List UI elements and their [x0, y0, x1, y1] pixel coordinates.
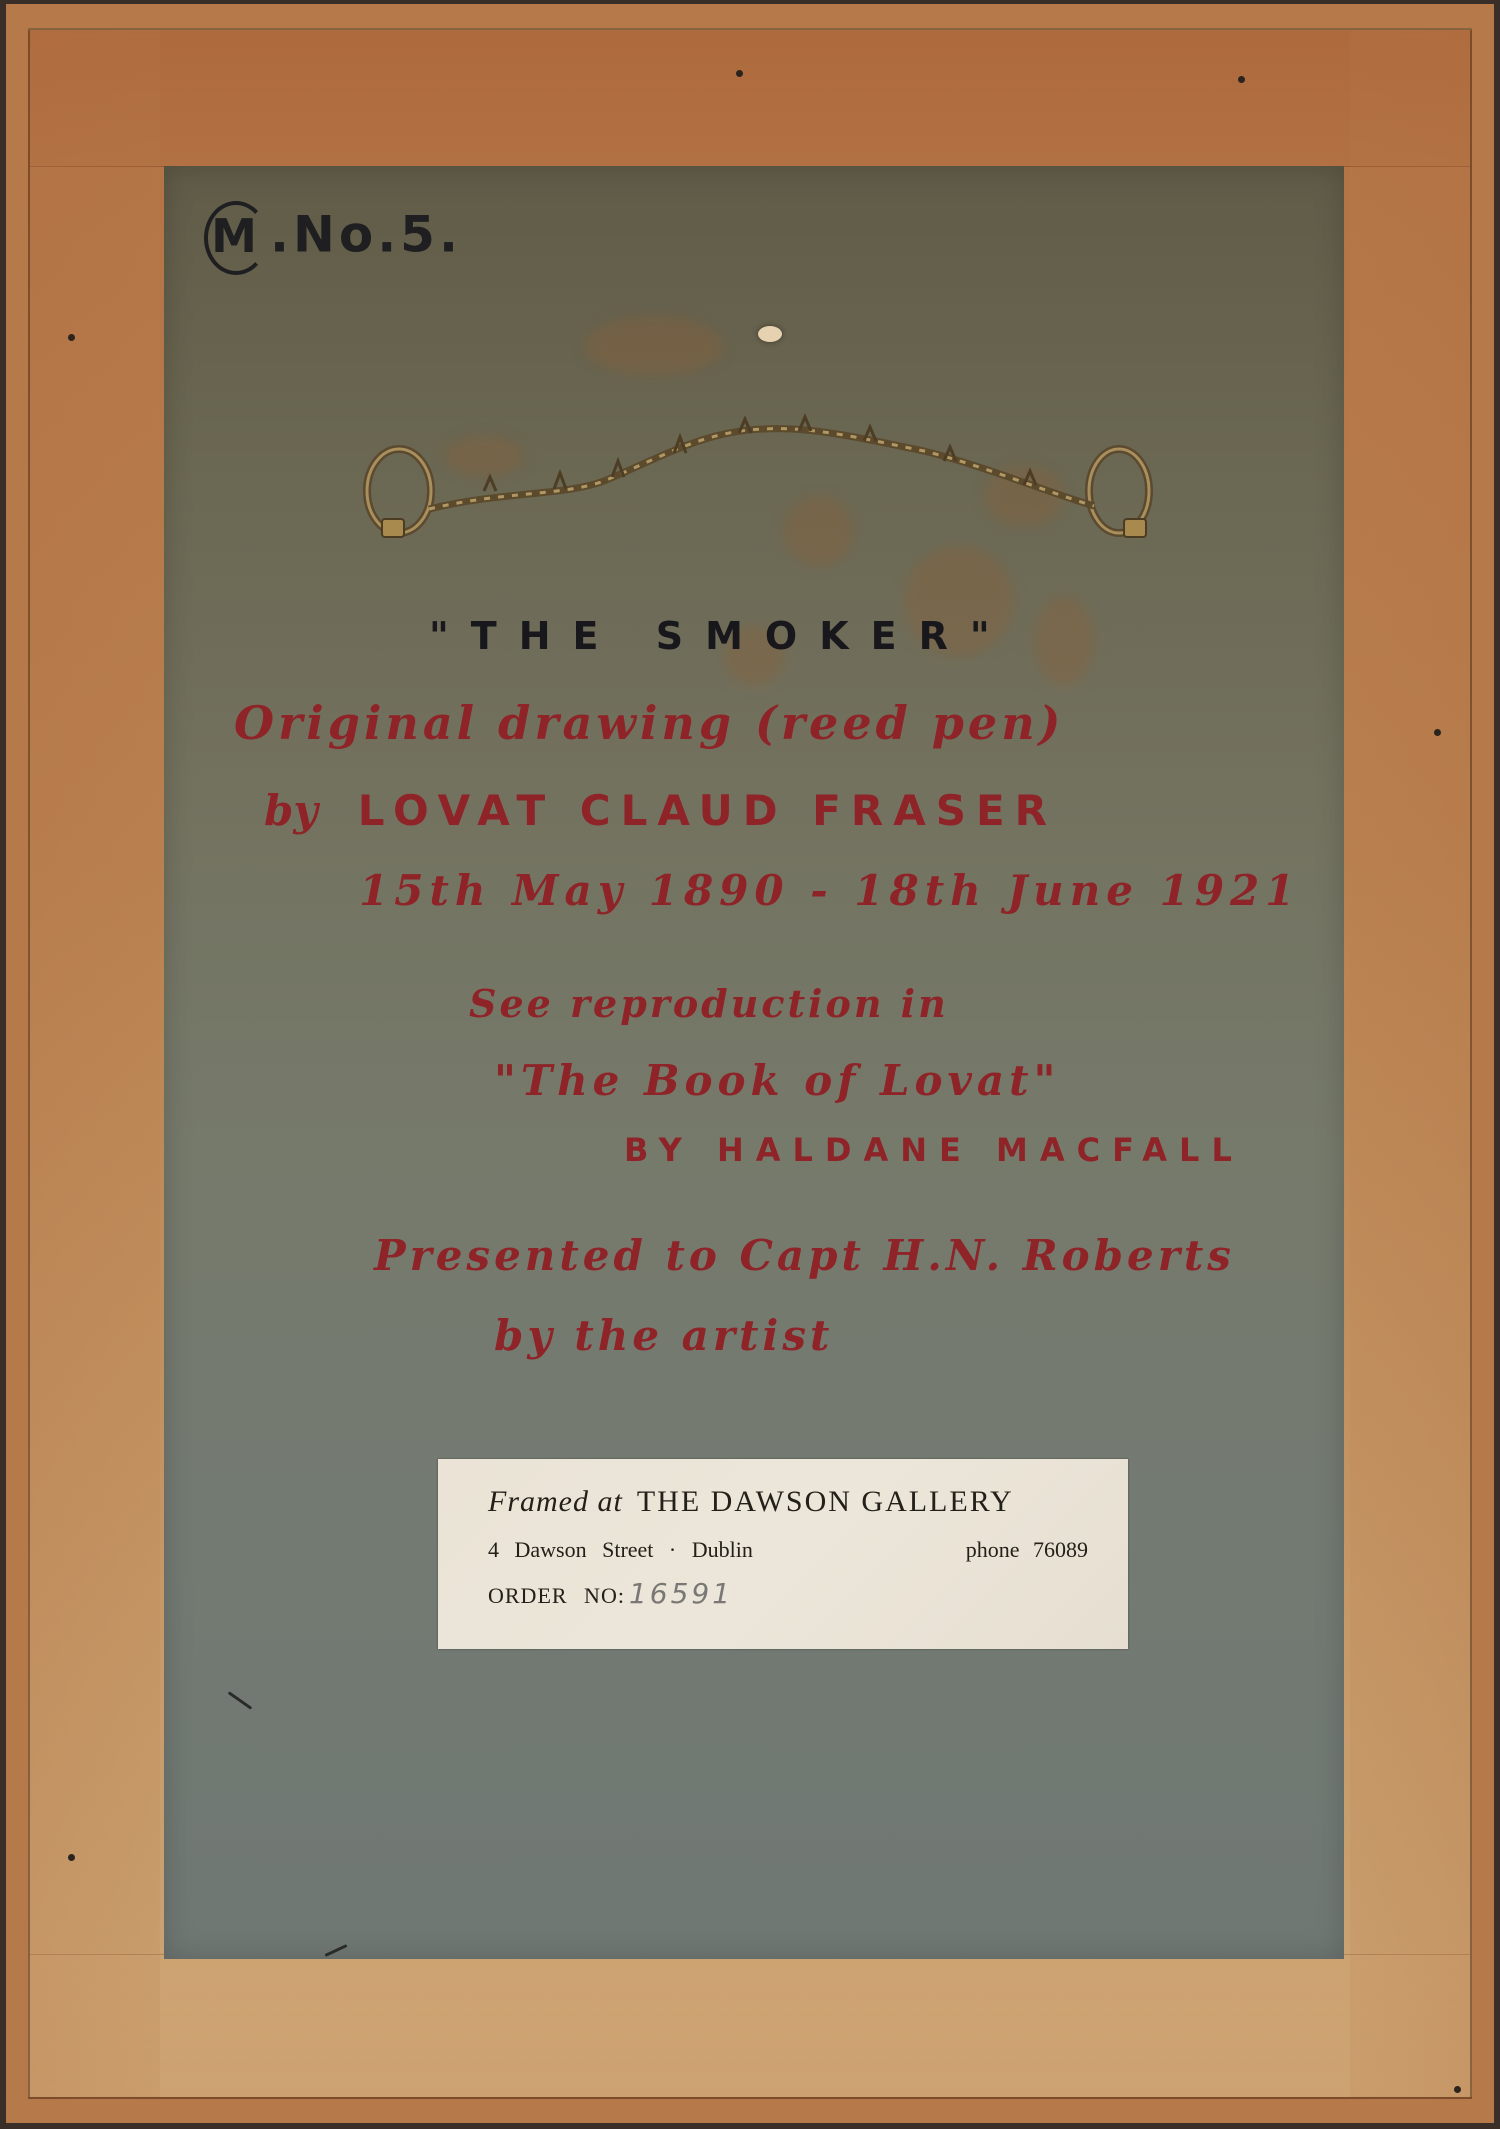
inscription-line-medium: Original drawing (reed pen)	[234, 696, 1064, 750]
inscription-line-artist: byLOVAT CLAUD FRASER	[264, 786, 1057, 835]
inscription-line-presented: Presented to Capt H.N. Roberts	[374, 1231, 1235, 1280]
inscription-by: by	[264, 786, 318, 835]
inscription-line-book-title: "The Book of Lovat"	[494, 1056, 1060, 1105]
catalog-number-text: .No.5.	[270, 206, 462, 264]
gallery-address: 4 Dawson Street · Dublin	[488, 1537, 753, 1562]
framer-label-contact: 4 Dawson Street · Dublin phone 76089	[488, 1537, 1088, 1563]
picture-frame-back: M.No.5. "THE SMOKER" Original drawing (r…	[0, 0, 1500, 2129]
inscription-line-book-author: BY HALDANE MACFALL	[624, 1131, 1244, 1169]
framer-label: Framed atTHE DAWSON GALLERY 4 Dawson Str…	[438, 1459, 1128, 1649]
grey-backing-board: M.No.5. "THE SMOKER" Original drawing (r…	[164, 166, 1344, 1959]
frame-nail-icon	[736, 70, 743, 77]
circled-letter: M	[204, 201, 268, 275]
framed-at-text: Framed at	[488, 1485, 623, 1518]
backing-tape-bottom	[30, 1954, 1470, 2097]
catalog-number: M.No.5.	[204, 201, 462, 275]
framer-label-order: ORDER NO:16591	[488, 1577, 733, 1610]
artist-name: LOVAT CLAUD FRASER	[358, 786, 1057, 835]
board-scratch	[228, 1691, 253, 1710]
frame-nail-icon	[68, 1854, 75, 1861]
frame-nail-icon	[1238, 76, 1245, 83]
backing-tape-right	[1350, 30, 1470, 2097]
order-number-value: 16591	[629, 1577, 733, 1610]
gallery-phone: phone 76089	[966, 1537, 1088, 1563]
backing-tape-left	[30, 30, 160, 2097]
foxing-stain	[584, 316, 724, 376]
punched-hole	[758, 326, 782, 342]
inscription-line-by-artist: by the artist	[494, 1311, 833, 1360]
foxing-stain	[1034, 596, 1094, 686]
frame-nail-icon	[1454, 2086, 1461, 2093]
frame-nail-icon	[68, 334, 75, 341]
framer-label-heading: Framed atTHE DAWSON GALLERY	[488, 1485, 1014, 1519]
gallery-name: THE DAWSON GALLERY	[637, 1485, 1014, 1518]
backing-tape-top	[30, 30, 1470, 167]
wire-hanger-icon	[344, 411, 1174, 551]
inscription-line-reproduction: See reproduction in	[469, 981, 949, 1026]
artwork-title: "THE SMOKER"	[429, 614, 1012, 658]
order-number-label: ORDER NO:	[488, 1583, 625, 1608]
board-scratch	[324, 1944, 347, 1957]
inscription-line-dates: 15th May 1890 - 18th June 1921	[359, 866, 1301, 915]
frame-nail-icon	[1434, 729, 1441, 736]
